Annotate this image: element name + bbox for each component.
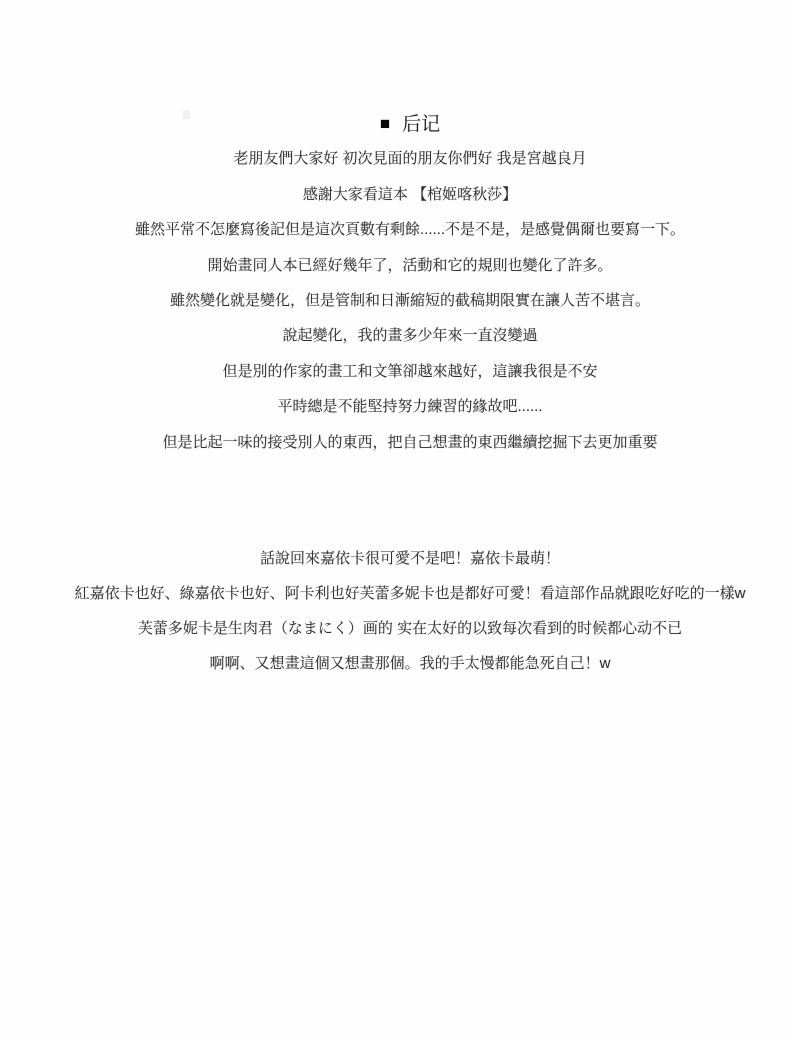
afterword-line-10: 話說回來嘉依卡很可愛不是吧！嘉依卡最萌！ — [30, 541, 790, 576]
afterword-line-11: 紅嘉依卡也好、綠嘉依卡也好、阿卡利也好芙蕾多妮卡也是都好可愛！看這部作品就跟吃好… — [30, 576, 790, 611]
afterword-line-7: 但是別的作家的畫工和文筆卻越來越好，這讓我很是不安 — [30, 354, 790, 389]
afterword-line-5: 雖然變化就是變化，但是管制和日漸縮短的截稿期限實在讓人苦不堪言。 — [30, 283, 790, 318]
afterword-title: ■后记 — [30, 106, 790, 141]
square-bullet-icon: ■ — [380, 114, 390, 133]
afterword-line-12: 芙蕾多妮卡是生肉君（なまにく）画的 实在太好的以致每次看到的时候都心动不已 — [30, 611, 790, 646]
afterword-line-3: 雖然平常不怎麼寫後記但是這次頁數有剩餘......不是不是，是感覺偶爾也要寫一下… — [30, 212, 790, 247]
afterword-page: ■后记 老朋友們大家好 初次見面的朋友你們好 我是宮越良月 感謝大家看這本 【棺… — [0, 0, 790, 1041]
afterword-title-text: 后记 — [402, 114, 440, 135]
afterword-line-6: 說起變化，我的畫多少年來一直沒變過 — [30, 318, 790, 353]
afterword-line-2: 感謝大家看這本 【棺姬喀秋莎】 — [30, 177, 790, 212]
afterword-line-13: 啊啊、又想畫這個又想畫那個。我的手太慢都能急死自己！w — [30, 646, 790, 681]
afterword-main-block: ■后记 老朋友們大家好 初次見面的朋友你們好 我是宮越良月 感謝大家看這本 【棺… — [30, 106, 790, 460]
afterword-chaika-block: 話說回來嘉依卡很可愛不是吧！嘉依卡最萌！ 紅嘉依卡也好、綠嘉依卡也好、阿卡利也好… — [30, 541, 790, 681]
afterword-line-1: 老朋友們大家好 初次見面的朋友你們好 我是宮越良月 — [30, 141, 790, 176]
afterword-line-4: 開始畫同人本已經好幾年了，活動和它的規則也變化了許多。 — [30, 248, 790, 283]
afterword-line-9: 但是比起一味的接受別人的東西，把自己想畫的東西繼續挖掘下去更加重要 — [30, 425, 790, 460]
afterword-line-8: 平時總是不能堅持努力練習的緣故吧...... — [30, 389, 790, 424]
